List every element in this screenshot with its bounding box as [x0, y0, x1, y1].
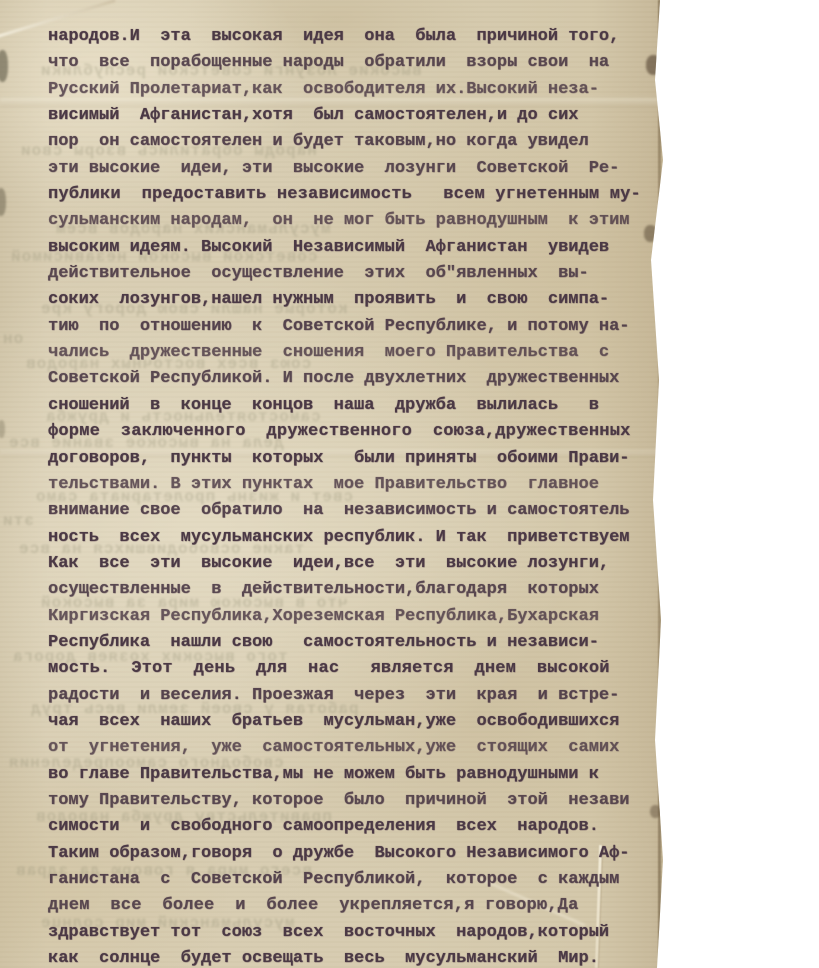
text-line: как солнце будет освещать весь мусульман… [48, 946, 660, 968]
text-line: во главе Правительства,мы не можем быть … [48, 762, 660, 788]
text-line: мость. Этот день для нас является днем в… [48, 656, 660, 682]
text-line: договоров, пункты которых были приняты о… [48, 446, 660, 472]
text-line: высоким идеям. Высокий Независимый Афган… [48, 235, 660, 261]
bleed-through-text: он [2, 330, 23, 348]
text-line: форме заключенного дружественного союза,… [48, 419, 660, 445]
text-line: тельствами. В этих пунктах мое Правитель… [48, 472, 660, 498]
text-line: сношений в конце концов наша дружба выли… [48, 393, 660, 419]
text-line: чая всех наших братьев мусульман,уже осв… [48, 709, 660, 735]
text-line: эти высокие идеи, эти высокие лозунги Со… [48, 156, 660, 182]
text-line: ганистана с Советской Республикой, котор… [48, 867, 660, 893]
text-line: Таким образом,говоря о дружбе Высокого Н… [48, 841, 660, 867]
text-line: тию по отношению к Советской Республике,… [48, 314, 660, 340]
text-line: народов.И эта высокая идея она была прич… [48, 24, 660, 50]
text-line: осуществленные в действительности,благод… [48, 577, 660, 603]
text-line: что все порабощенные народы обратили взо… [48, 50, 660, 76]
ink-smudge-left [0, 188, 6, 216]
text-line: радости и веселия. Проезжая через эти кр… [48, 683, 660, 709]
text-line: здравствует тот союз всех восточных наро… [48, 920, 660, 946]
text-line: чались дружественные сношения моего Прав… [48, 340, 660, 366]
typewritten-text: народов.И эта высокая идея она была прич… [48, 24, 660, 968]
text-line: соких лозунгов,нашел нужным проявить и с… [48, 287, 660, 313]
document-page: высокие лозунги советской республикинаро… [0, 0, 672, 968]
text-line: публики предоставить независимость всем … [48, 182, 660, 208]
text-line: Советской Республикой. И после двухлетни… [48, 366, 660, 392]
text-line: симости и свободного самоопределения все… [48, 814, 660, 840]
ink-smudge-left [0, 420, 5, 438]
text-line: Киргизская Республика,Хореземская Респуб… [48, 604, 660, 630]
text-line: висимый Афганистан,хотя был самостоятеле… [48, 103, 660, 129]
text-line: Как все эти высокие идеи,все эти высокие… [48, 551, 660, 577]
text-line: тому Правительству, которое было причино… [48, 788, 660, 814]
ink-smudge-left [0, 50, 8, 82]
text-line: внимание свое обратило на независимость … [48, 498, 660, 524]
text-line: пор он самостоятелен и будет таковым,но … [48, 129, 660, 155]
bleed-through-text: эти [2, 512, 34, 530]
text-line: сульманским народам, он не мог быть равн… [48, 208, 660, 234]
text-line: действительное осуществление этих об"явл… [48, 261, 660, 287]
text-line: Республика нашли свою самостоятельность … [48, 630, 660, 656]
scanned-document-screenshot: { "document": { "language": "Russian", "… [0, 0, 819, 968]
text-line: днем все более и более укрепляется,я гов… [48, 893, 660, 919]
text-line: ность всех мусульманских республик. И та… [48, 525, 660, 551]
text-line: Русский Пролетариат,как освободителя их.… [48, 77, 660, 103]
text-line: от угнетения, уже самостоятельных,уже ст… [48, 735, 660, 761]
